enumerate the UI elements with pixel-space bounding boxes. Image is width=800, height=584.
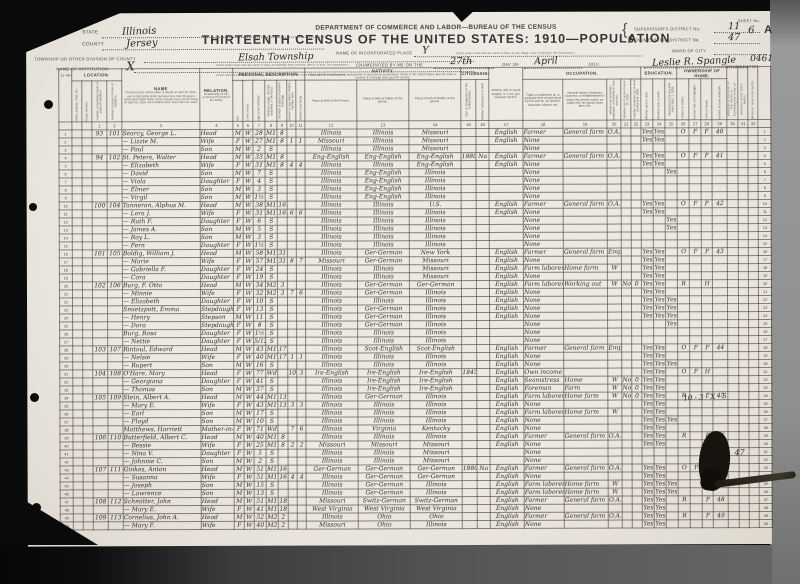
- cell-home-free-mortgaged: [690, 264, 702, 272]
- cell-blind: [739, 360, 749, 368]
- cell-dwelling-number: [93, 306, 108, 314]
- cell-out-of-work: [622, 416, 632, 424]
- cell-dwelling-number: [92, 242, 107, 250]
- cell-relation: Son: [200, 194, 233, 202]
- cell-attended-school: Yes: [665, 224, 677, 232]
- cell-sex: F: [234, 450, 244, 458]
- cell-out-of-work: [621, 184, 631, 192]
- cell-name: Ginkes, Anton: [123, 466, 201, 474]
- cell-immigration-year: [461, 145, 476, 153]
- cell-industry: Home farm: [564, 264, 608, 272]
- cell-home-owned-rented: R: [678, 432, 690, 440]
- cell-trade: None: [524, 449, 564, 457]
- cell-civil-war-veteran: [728, 424, 739, 432]
- cell-color-race: W: [243, 162, 253, 170]
- cell-deaf-dumb: [749, 496, 759, 504]
- cell-name: — Joseph: [123, 482, 201, 490]
- cell-pob-father: Ger-German: [358, 305, 410, 313]
- cell-marital-status: M1: [266, 474, 278, 482]
- cell-family-number: [108, 330, 123, 338]
- cell-line-right: 20: [759, 280, 772, 288]
- column-group-0: [59, 69, 72, 122]
- cell-age: 8: [254, 322, 266, 330]
- cell-employer-status: O.A.: [608, 432, 622, 440]
- cell-immigration-year: [462, 377, 477, 385]
- cell-name: — Lawrence: [123, 490, 201, 498]
- cell-years-married: [278, 298, 288, 306]
- cell-civil-war-veteran: [727, 208, 738, 216]
- cell-age: 5: [253, 226, 265, 234]
- cell-blind: [739, 248, 749, 256]
- column-number-age: 7: [253, 122, 265, 130]
- cell-immigration-year: [462, 385, 477, 393]
- cell-pob-person: Missouri: [305, 137, 357, 145]
- cell-line-right: 32: [759, 376, 772, 384]
- cell-home-owned-rented: [677, 216, 689, 224]
- punch-hole: [29, 203, 37, 211]
- cell-color-race: W: [243, 154, 253, 162]
- cell-marital-status: M2: [266, 290, 278, 298]
- cell-farm-schedule-number: [713, 376, 728, 384]
- cell-line-left: 26: [60, 330, 73, 338]
- margin-code: 0461: [750, 54, 773, 64]
- cell-line-left: 2: [59, 138, 72, 146]
- cell-home-owned-rented: [678, 312, 690, 320]
- column-number-line-left: [59, 122, 72, 130]
- cell-children-born: 1: [287, 138, 296, 146]
- cell-loc-house: [83, 330, 93, 338]
- cell-weeks-out-of-work: [632, 440, 642, 448]
- cell-years-married: [278, 458, 288, 466]
- cell-industry: [564, 456, 608, 464]
- cell-home-owned-rented: [678, 472, 690, 480]
- cell-industry: Home farm: [564, 488, 608, 496]
- cell-immigration-year: 1845: [462, 369, 477, 377]
- column-header-marital-status: Whether single, married, widowed, or div…: [265, 81, 277, 122]
- cell-trade: Farmer: [524, 433, 564, 441]
- cell-age: 11: [254, 314, 266, 322]
- punch-hole: [44, 100, 53, 109]
- cell-speaks-english: [490, 337, 524, 345]
- cell-age: 44: [254, 394, 266, 402]
- cell-trade: Farmer: [524, 345, 564, 353]
- cell-attended-school: Yes: [665, 168, 677, 176]
- cell-attended-school: Yes: [666, 320, 678, 328]
- cell-dwelling-number: [92, 226, 107, 234]
- cell-farm-schedule-number: [713, 256, 728, 264]
- cell-dwelling-number: [92, 170, 107, 178]
- cell-weeks-out-of-work: [632, 296, 642, 304]
- cell-line-left: 29: [60, 354, 73, 362]
- cell-pob-mother: Illinois: [410, 361, 462, 369]
- column-group-10: OWNERSHIP OF HOME.: [677, 67, 727, 80]
- cell-employer-status: W: [608, 392, 622, 400]
- cell-home-owned-rented: [678, 240, 690, 248]
- cell-attended-school: [666, 288, 678, 296]
- cell-children-born: [287, 130, 296, 138]
- cell-pob-mother: Eng-English: [409, 161, 461, 169]
- cell-civil-war-veteran: [727, 192, 738, 200]
- cell-sex: F: [234, 442, 244, 450]
- cell-can-write: Yes: [654, 368, 666, 376]
- cell-pob-person: Ger-German: [306, 465, 358, 473]
- cell-pob-father: Ger-German: [358, 489, 410, 497]
- cell-farm-schedule-number: [712, 136, 727, 144]
- cell-blind: [738, 192, 748, 200]
- cell-children-born: [288, 490, 297, 498]
- cell-blind: [739, 272, 749, 280]
- cell-can-write: [653, 232, 665, 240]
- cell-trade: Farm laborer: [524, 481, 564, 489]
- cell-loc-house: [82, 210, 92, 218]
- cell-age: 3: [253, 234, 265, 242]
- cell-employer-status: O.A.: [607, 200, 621, 208]
- cell-trade: None: [523, 161, 563, 169]
- cell-can-read: Yes: [642, 400, 654, 408]
- cell-blind: [739, 512, 749, 520]
- cell-weeks-out-of-work: [632, 520, 642, 528]
- cell-can-write: Yes: [654, 480, 666, 488]
- cell-industry: [564, 360, 608, 368]
- cell-pob-person: Illinois: [306, 305, 358, 313]
- cell-farm-or-house: H: [702, 280, 713, 288]
- cell-children-living: [297, 322, 306, 330]
- cell-dwelling-number: [92, 234, 107, 242]
- cell-immigration-year: [462, 449, 477, 457]
- cell-age: 1½: [253, 194, 265, 202]
- cell-civil-war-veteran: [728, 376, 739, 384]
- census-sheet-paper: DEPARTMENT OF COMMERCE AND LABOR—BUREAU …: [26, 11, 772, 547]
- cell-industry: General farm: [564, 512, 608, 520]
- cell-home-free-mortgaged: [689, 232, 701, 240]
- cell-line-right: 12: [758, 216, 771, 224]
- cell-name: Tanneran, Alphus M.: [122, 202, 200, 210]
- column-number-immigration-year: 15: [461, 121, 476, 129]
- cell-employer-status: [607, 216, 621, 224]
- column-header-color-race: Color or race.: [243, 81, 253, 122]
- cell-line-right: 8: [758, 184, 771, 192]
- cell-loc-street: [72, 138, 82, 146]
- cell-loc-house: [83, 402, 93, 410]
- cell-employer-status: W: [608, 376, 622, 384]
- column-number-loc-street: [72, 122, 82, 130]
- cell-out-of-work: [622, 352, 632, 360]
- cell-industry: Working out: [564, 280, 608, 288]
- cell-color-race: W: [243, 250, 253, 258]
- cell-family-number: [107, 266, 122, 274]
- cell-relation: Son: [201, 362, 234, 370]
- cell-immigration-year: [461, 137, 476, 145]
- cell-children-born: [288, 466, 297, 474]
- cell-dwelling-number: 94: [92, 154, 107, 162]
- cell-can-read: [641, 144, 653, 152]
- cell-home-owned-rented: [677, 160, 689, 168]
- cell-age: 4: [253, 178, 265, 186]
- cell-line-left: 7: [59, 178, 72, 186]
- cell-out-of-work: [622, 328, 632, 336]
- cell-weeks-out-of-work: [632, 344, 642, 352]
- cell-home-owned-rented: [677, 144, 689, 152]
- cell-line-right: 30: [759, 360, 772, 368]
- cell-family-number: 108: [108, 370, 123, 378]
- cell-deaf-dumb: [749, 336, 759, 344]
- cell-loc-street: [72, 290, 82, 298]
- cell-color-race: W: [244, 498, 254, 506]
- column-number-color-race: 6: [243, 122, 253, 130]
- cell-loc-street: [72, 186, 82, 194]
- cell-family-number: [108, 338, 123, 346]
- cell-employer-status: O.A.: [607, 152, 621, 160]
- cell-pob-person: Illinois: [306, 273, 358, 281]
- cell-trade: None: [523, 193, 563, 201]
- cell-children-living: [297, 458, 306, 466]
- cell-deaf-dumb: [749, 400, 759, 408]
- cell-loc-street: [72, 282, 82, 290]
- cell-relation: Wife: [201, 402, 234, 410]
- cell-family-number: [108, 490, 123, 498]
- cell-age: 25: [254, 442, 266, 450]
- cell-employer-status: [607, 160, 621, 168]
- cell-children-living: [296, 274, 305, 282]
- cell-line-left: 35: [60, 402, 73, 410]
- cell-out-of-work: [622, 488, 632, 496]
- cell-employer-status: W: [608, 264, 622, 272]
- cell-employer-status: [608, 416, 622, 424]
- cell-marital-status: S: [265, 178, 277, 186]
- cell-blind: [738, 144, 748, 152]
- cell-loc-street: [73, 514, 83, 522]
- cell-out-of-work: [621, 192, 631, 200]
- cell-home-free-mortgaged: F: [689, 200, 701, 208]
- cell-weeks-out-of-work: [632, 448, 642, 456]
- cell-sex: M: [233, 226, 243, 234]
- cell-civil-war-veteran: [728, 240, 739, 248]
- cell-industry: General farm: [564, 464, 608, 472]
- cell-relation: Head: [201, 466, 234, 474]
- cell-sex: M: [234, 490, 244, 498]
- cell-immigration-year: [462, 361, 477, 369]
- cell-line-right: 46: [759, 488, 772, 496]
- cell-attended-school: [665, 160, 677, 168]
- cell-attended-school: [666, 448, 678, 456]
- cell-home-free-mortgaged: [690, 312, 702, 320]
- cell-speaks-english: English: [490, 313, 524, 321]
- cell-line-right: 43: [759, 464, 772, 472]
- cell-line-left: 34: [60, 394, 73, 402]
- cell-line-left: 36: [60, 410, 73, 418]
- cell-home-owned-rented: [678, 456, 690, 464]
- cell-children-born: [287, 154, 296, 162]
- cell-dwelling-number: 100: [92, 202, 107, 210]
- cell-pob-person: Illinois: [306, 329, 358, 337]
- cell-can-read: Yes: [642, 504, 654, 512]
- cell-civil-war-veteran: [728, 344, 739, 352]
- cell-home-free-mortgaged: [690, 496, 702, 504]
- cell-relation: Stepdaughter: [201, 322, 234, 330]
- cell-immigration-year: [461, 161, 476, 169]
- cell-employer-status: [607, 208, 621, 216]
- cell-blind: [739, 288, 749, 296]
- column-number-farm-schedule-number: 29: [712, 120, 727, 128]
- cell-dwelling-number: 93: [92, 130, 107, 138]
- cell-line-right: 4: [758, 152, 771, 160]
- column-header-children-born: Mother of how many children: Number born…: [287, 81, 296, 122]
- cell-can-write: [653, 144, 665, 152]
- cell-color-race: W: [244, 434, 254, 442]
- cell-can-write: Yes: [654, 440, 666, 448]
- cell-years-married: [277, 234, 287, 242]
- cell-civil-war-veteran: [728, 264, 739, 272]
- column-header-farm-schedule-number: Number of farm schedule.: [712, 79, 727, 120]
- cell-farm-or-house: [701, 136, 712, 144]
- cell-color-race: W: [244, 466, 254, 474]
- cell-age: 31: [253, 210, 265, 218]
- column-group-3: RELATION.Relationship of this person to …: [200, 68, 233, 122]
- cell-age: 16: [254, 362, 266, 370]
- cell-family-number: [107, 242, 122, 250]
- cell-pob-mother: Illinois: [410, 297, 462, 305]
- cell-employer-status: [608, 440, 622, 448]
- cell-farm-or-house: F: [702, 512, 713, 520]
- cell-farm-or-house: [701, 216, 712, 224]
- cell-industry: [564, 424, 608, 432]
- cell-speaks-english: English: [490, 409, 524, 417]
- cell-employer-status: [608, 304, 622, 312]
- cell-sex: M: [234, 466, 244, 474]
- cell-marital-status: M2: [266, 522, 278, 530]
- cell-industry: [563, 136, 607, 144]
- cell-age: 19: [253, 274, 265, 282]
- cell-years-married: 13: [278, 402, 288, 410]
- cell-years-married: 16: [277, 210, 287, 218]
- cell-line-right: 9: [758, 192, 771, 200]
- column-number-trade: 18: [523, 121, 563, 129]
- column-number-dwelling-number: 1: [92, 122, 107, 130]
- cell-blind: [739, 424, 749, 432]
- cell-name: — Thomas: [123, 386, 201, 394]
- cell-loc-street: [73, 322, 83, 330]
- cell-weeks-out-of-work: [632, 312, 642, 320]
- cell-out-of-work: [622, 288, 632, 296]
- cell-children-born: [288, 394, 297, 402]
- cell-weeks-out-of-work: [632, 512, 642, 520]
- cell-speaks-english: [490, 457, 524, 465]
- cell-sex: F: [233, 138, 243, 146]
- cell-attended-school: Yes: [665, 216, 677, 224]
- cell-marital-status: M1: [266, 402, 278, 410]
- cell-color-race: W: [244, 522, 254, 530]
- cell-out-of-work: [621, 168, 631, 176]
- cell-can-read: Yes: [642, 416, 654, 424]
- cell-family-number: [107, 210, 122, 218]
- cell-employer-status: [608, 448, 622, 456]
- cell-loc-street: [73, 466, 83, 474]
- cell-pob-mother: Missouri: [409, 257, 461, 265]
- cell-color-race: W: [243, 282, 253, 290]
- cell-family-number: [108, 506, 123, 514]
- cell-dwelling-number: [92, 258, 107, 266]
- cell-can-read: [642, 328, 654, 336]
- cell-can-write: Yes: [653, 160, 665, 168]
- cell-naturalized: [476, 129, 489, 137]
- cell-naturalized: [476, 249, 489, 257]
- cell-loc-house: [83, 306, 93, 314]
- cell-loc-street: [73, 306, 83, 314]
- cell-deaf-dumb: [749, 416, 759, 424]
- cell-immigration-year: [461, 201, 476, 209]
- cell-farm-schedule-number: [713, 272, 728, 280]
- cell-name: — Gabriella F.: [122, 266, 200, 274]
- cell-line-left: 27: [60, 338, 73, 346]
- cell-home-owned-rented: [678, 504, 690, 512]
- cell-home-owned-rented: [677, 168, 689, 176]
- cell-farm-schedule-number: [712, 176, 727, 184]
- cell-line-right: 40: [759, 440, 772, 448]
- cell-home-owned-rented: O: [677, 152, 689, 160]
- cell-trade: Farm laborer: [524, 393, 564, 401]
- cell-family-number: 104: [107, 202, 122, 210]
- cell-age: 40: [254, 354, 266, 362]
- cell-pob-father: Ger-German: [358, 473, 410, 481]
- cell-loc-street: [73, 426, 83, 434]
- cell-years-married: [278, 482, 288, 490]
- cell-dwelling-number: [93, 386, 108, 394]
- enumeration-district-line: [714, 43, 760, 44]
- cell-can-read: Yes: [642, 304, 654, 312]
- cell-family-number: 101: [107, 130, 122, 138]
- cell-loc-street: [72, 194, 82, 202]
- cell-marital-status: S: [266, 386, 278, 394]
- cell-pob-mother: Illinois: [409, 209, 461, 217]
- cell-naturalized: [477, 385, 490, 393]
- cell-attended-school: [666, 368, 678, 376]
- cell-pob-mother: Illinois: [409, 169, 461, 177]
- cell-home-owned-rented: [678, 416, 690, 424]
- cell-loc-house: [83, 466, 93, 474]
- cell-relation: Wife: [201, 474, 234, 482]
- cell-age: 38: [253, 202, 265, 210]
- cell-line-right: 11: [758, 208, 771, 216]
- cell-pob-mother: Missouri: [410, 265, 462, 273]
- cell-can-write: Yes: [654, 416, 666, 424]
- cell-age: 1½: [254, 330, 266, 338]
- cell-pob-mother: Illinois: [410, 521, 462, 529]
- cell-attended-school: [666, 336, 678, 344]
- cell-can-read: Yes: [642, 352, 654, 360]
- cell-industry: [564, 400, 608, 408]
- cell-name: Schmitter, John: [123, 498, 201, 506]
- cell-family-number: [108, 442, 123, 450]
- cell-home-owned-rented: [677, 184, 689, 192]
- cell-naturalized: [476, 241, 489, 249]
- cell-farm-or-house: [702, 312, 713, 320]
- cell-dwelling-number: [92, 290, 107, 298]
- cell-pob-mother: Illinois: [410, 321, 462, 329]
- cell-can-write: Yes: [653, 152, 665, 160]
- cell-line-left: 4: [59, 154, 72, 162]
- cell-loc-street: [73, 506, 83, 514]
- cell-civil-war-veteran: [728, 288, 739, 296]
- cell-loc-street: [72, 170, 82, 178]
- cell-can-read: [641, 192, 653, 200]
- census-scan-page: { "header": { "dept_line": "DEPARTMENT O…: [0, 0, 800, 584]
- cell-family-number: 112: [108, 498, 123, 506]
- cell-can-write: Yes: [654, 360, 666, 368]
- cell-civil-war-veteran: [727, 176, 738, 184]
- cell-years-married: [278, 370, 288, 378]
- cell-immigration-year: [461, 185, 476, 193]
- cell-family-number: [108, 410, 123, 418]
